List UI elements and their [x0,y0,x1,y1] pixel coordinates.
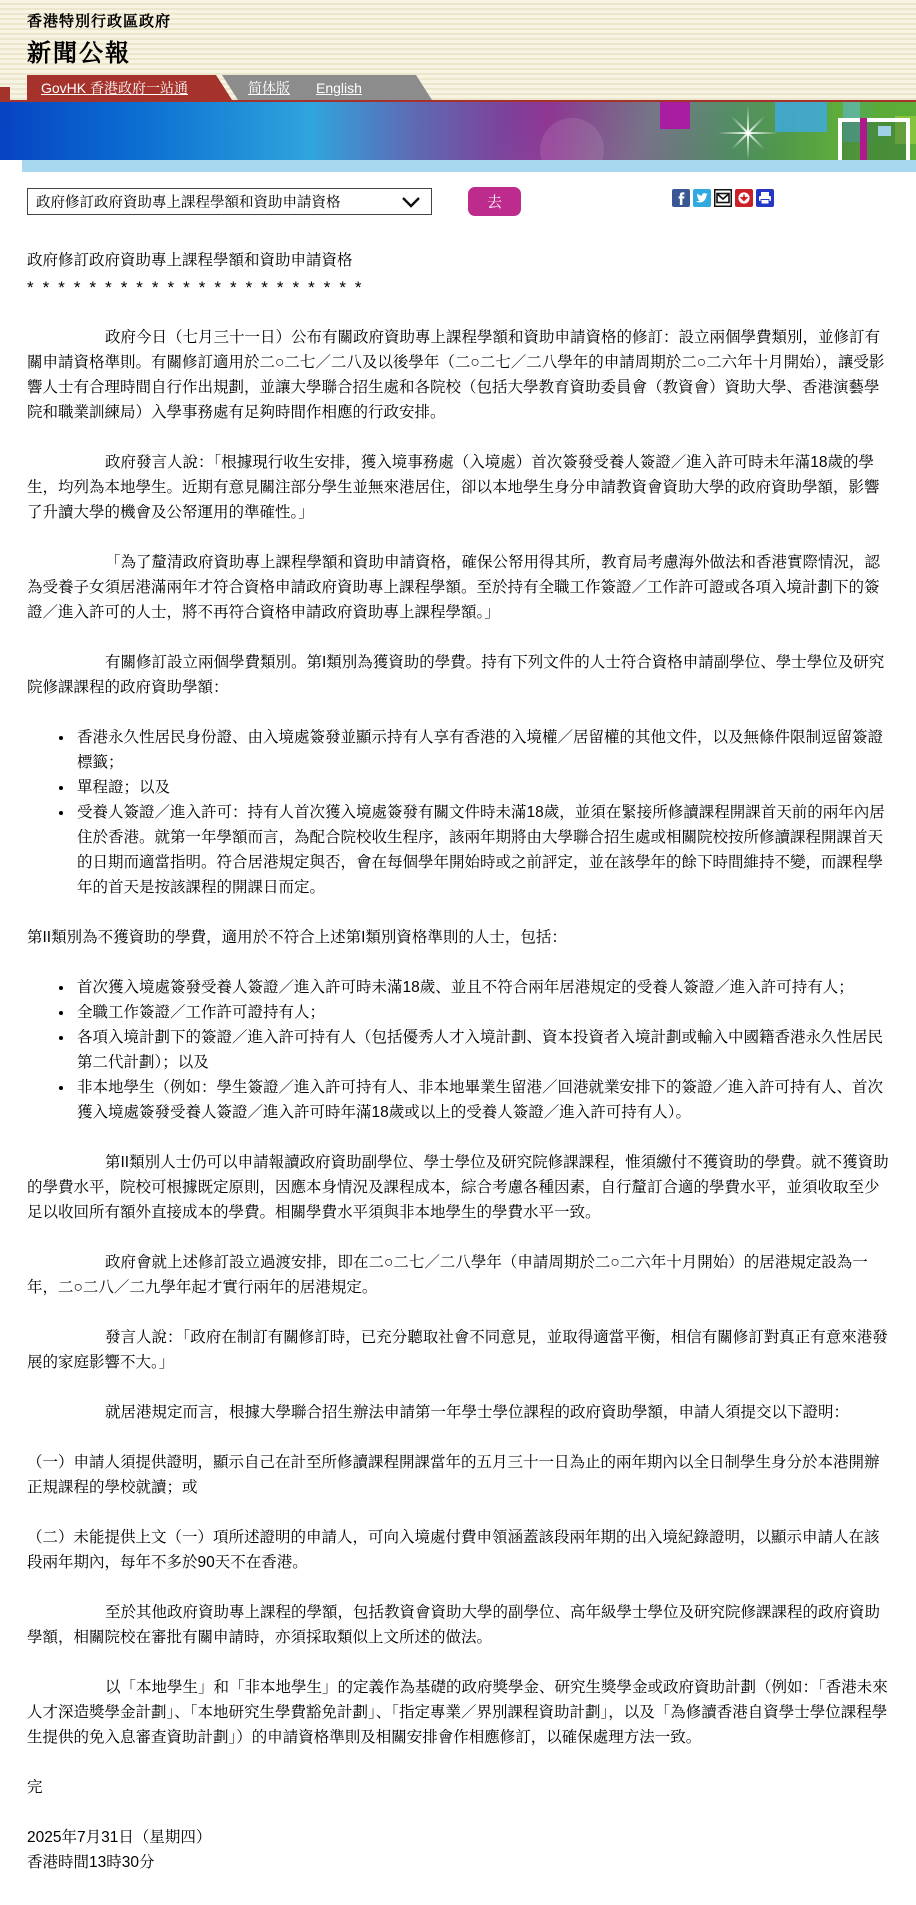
list-item: 全職工作簽證／工作許可證持有人； [74,1000,890,1025]
press-release-select[interactable]: 政府修訂政府資助專上課程學額和資助申請資格 [27,188,432,215]
tab-strip: GovHK 香港政府一站通 简体版 English [0,75,916,100]
list-item: 首次獲入境處簽發受養人簽證／進入許可時未滿18歲、並且不符合兩年居港規定的受養人… [74,975,890,1000]
page-title: 新聞公報 [27,33,131,68]
release-time: 香港時間13時30分 [27,1850,890,1875]
tab-simplified[interactable]: 简体版 [248,78,290,98]
banner-magenta-stripe [860,118,867,160]
banner-magenta-square [660,102,690,129]
list-item: 香港永久性居民身份證、由入境處簽發並顯示持有人享有香港的入境權／居留權的其他文件… [74,725,890,775]
bullet-list: 香港永久性居民身份證、由入境處簽發並顯示持有人享有香港的入境權／居留權的其他文件… [27,725,890,900]
banner-tiny-blue-square [878,126,891,136]
masthead: 香港特別行政區政府 新聞公報 GovHK 香港政府一站通 简体版 English [0,0,916,100]
release-date: 2025年7月31日（星期四） [27,1825,890,1850]
list-item: 非本地學生（例如：學生簽證／進入許可持有人、非本地畢業生留港／回港就業安排下的簽… [74,1075,890,1125]
paragraph: 以「本地學生」和「非本地學生」的定義作為基礎的政府獎學金、研究生獎學金或政府資助… [27,1675,890,1750]
facebook-icon[interactable] [672,189,690,207]
paragraph: 政府會就上述修訂設立過渡安排，即在二○二七／二八學年（申請周期於二○二六年十月開… [27,1250,890,1300]
title-underline-stars: ********************** [27,275,890,300]
paragraph: 第II類別為不獲資助的學費，適用於不符合上述第I類別資格準則的人士，包括： [27,925,890,950]
paragraph: 政府今日（七月三十一日）公布有關政府資助專上課程學額和資助申請資格的修訂：設立兩… [27,325,890,425]
share-icons [672,189,774,207]
paragraph: 有關修訂設立兩個學費類別。第I類別為獲資助的學費。持有下列文件的人士符合資格申請… [27,650,890,700]
tab-language-group: 简体版 English [222,75,432,100]
banner-starburst [718,106,778,160]
twitter-icon[interactable] [693,189,711,207]
tab-english[interactable]: English [316,80,362,96]
banner [0,102,916,160]
light-blue-strip [22,160,916,172]
bullet-list: 首次獲入境處簽發受養人簽證／進入許可時未滿18歲、並且不符合兩年居港規定的受養人… [27,975,890,1125]
date-block: 2025年7月31日（星期四） 香港時間13時30分 [27,1825,890,1905]
list-item: 各項入境計劃下的簽證／進入許可持有人（包括優秀人才入境計劃、資本投資者入境計劃或… [74,1025,890,1075]
article-title: 政府修訂政府資助專上課程學額和資助申請資格 [27,248,890,273]
controls-row: 政府修訂政府資助專上課程學額和資助申請資格 去 [0,172,916,228]
tab-govhk[interactable]: GovHK 香港政府一站通 [27,75,232,100]
tab-left-cap [0,87,10,100]
paragraph: 政府發言人說：「根據現行收生安排，獲入境事務處（入境處）首次簽發受養人簽證／進入… [27,450,890,525]
paragraph: （二）未能提供上文（一）項所述證明的申請人，可向入境處付費申領涵蓋該段兩年期的出… [27,1525,890,1575]
article-body: 政府今日（七月三十一日）公布有關政府資助專上課程學額和資助申請資格的修訂：設立兩… [27,325,890,1750]
email-icon[interactable] [714,189,732,207]
banner-outline-box [838,118,910,160]
article: 政府修訂政府資助專上課程學額和資助申請資格 ******************… [0,228,916,1905]
gov-title: 香港特別行政區政府 [27,10,171,31]
save-icon[interactable] [735,189,753,207]
banner-cyan-square [775,102,827,132]
print-icon[interactable] [756,189,774,207]
paragraph: 「為了釐清政府資助專上課程學額和資助申請資格，確保公帑用得其所，教育局考慮海外做… [27,550,890,625]
press-release-select-value: 政府修訂政府資助專上課程學額和資助申請資格 [36,191,401,212]
paragraph: 就居港規定而言，根據大學聯合招生辦法申請第一年學士學位課程的政府資助學額，申請人… [27,1400,890,1425]
go-button[interactable]: 去 [468,187,521,216]
article-end-mark: 完 [27,1775,890,1800]
list-item: 受養人簽證／進入許可：持有人首次獲入境處簽發有關文件時未滿18歲，並須在緊接所修… [74,800,890,900]
paragraph: 第II類別人士仍可以申請報讀政府資助副學位、學士學位及研究院修課課程，惟須繳付不… [27,1150,890,1225]
paragraph: 發言人說：「政府在制訂有關修訂時，已充分聽取社會不同意見，並取得適當平衡，相信有… [27,1325,890,1375]
paragraph: （一）申請人須提供證明，顯示自己在計至所修讀課程開課當年的五月三十一日為止的兩年… [27,1450,890,1500]
strip-row [0,160,916,172]
chevron-down-icon [401,196,421,208]
tab-govhk-label[interactable]: GovHK 香港政府一站通 [41,78,188,98]
paragraph: 至於其他政府資助專上課程的學額，包括教資會資助大學的副學位、高年級學士學位及研究… [27,1600,890,1650]
list-item: 單程證；以及 [74,775,890,800]
